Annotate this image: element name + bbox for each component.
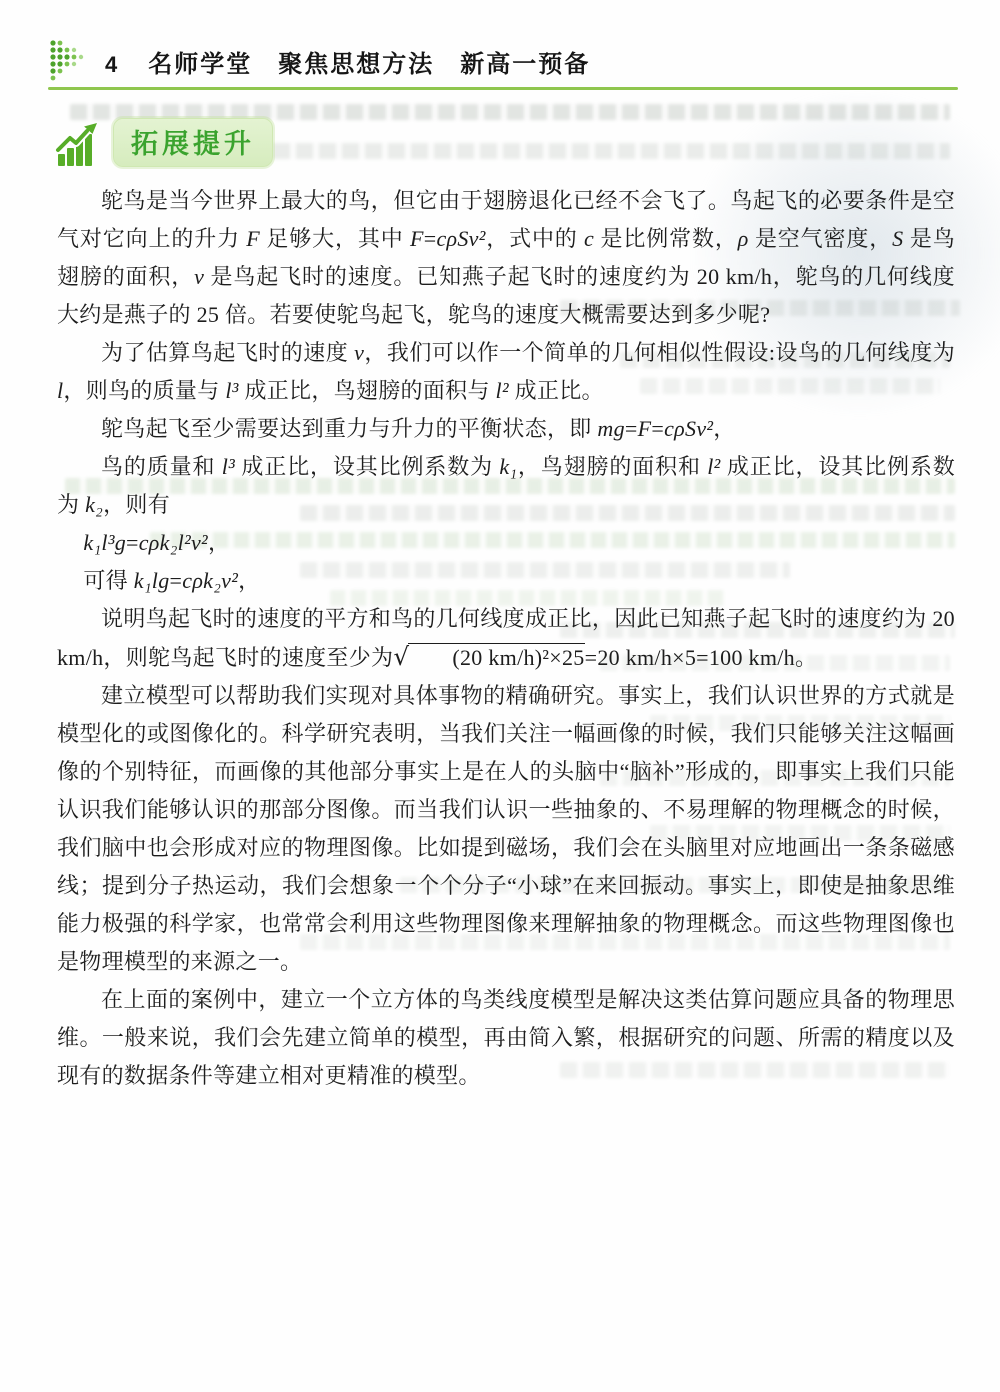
text-segment: ， [713, 416, 735, 441]
math-segment: ρ [738, 226, 749, 251]
text-segment: = [625, 416, 638, 441]
math-segment: l² [707, 454, 720, 479]
text-segment: ，则有 [103, 492, 170, 517]
text-segment: 成正比。 [509, 378, 604, 403]
growth-bar-chart-icon [55, 123, 103, 169]
math-segment: k₁l³g [83, 530, 126, 555]
header-topic: 聚焦思想方法 [278, 44, 434, 79]
math-segment: l² [496, 378, 509, 403]
math-segment: v [354, 340, 364, 365]
section-heading: 拓展提升 [55, 118, 273, 169]
text-segment: 可得 [83, 568, 133, 593]
math-segment: (20 km/h)²×25 [408, 643, 584, 670]
math-segment: F [638, 416, 652, 441]
math-segment: l³ [225, 378, 238, 403]
header-grade: 新高一预备 [460, 44, 590, 79]
section-badge: 拓展提升 [113, 118, 273, 167]
math-segment: k₁lg [134, 568, 170, 593]
text-segment: 建立模型可以帮助我们实现对具体事物的精确研究。事实上，我们认识世界的方式就是模型… [57, 683, 955, 974]
text-segment: ， [238, 568, 260, 593]
paragraph-similarity-assumption: 为了估算鸟起飞时的速度 v，我们可以作一个简单的几何相似性假设:设鸟的几何线度为… [57, 334, 955, 410]
text-segment: = [651, 416, 664, 441]
math-segment: cρSv² [436, 226, 485, 251]
textbook-page: 4 名师学堂 聚焦思想方法 新高一预备 拓展提升 鸵鸟是当今世界上最大的鸟，但它… [0, 0, 1000, 1392]
math-segment: √ [393, 642, 409, 671]
article-body: 鸵鸟是当今世界上最大的鸟，但它由于翅膀退化已经不会飞了。鸟起飞的必要条件是空气对… [57, 182, 955, 1095]
header-titles: 4 名师学堂 聚焦思想方法 新高一预备 [48, 36, 958, 79]
math-segment: c [584, 226, 594, 251]
math-segment: S [892, 226, 903, 251]
math-segment: k₁ [499, 454, 517, 479]
math-segment: F [246, 226, 260, 251]
math-segment: cρk₂v² [182, 568, 238, 593]
math-segment: l³ [222, 454, 235, 479]
header-green-rule [48, 87, 958, 90]
paragraph-balance-condition: 鸵鸟起飞至少需要达到重力与升力的平衡状态，即 mg=F=cρSv²， [57, 410, 955, 448]
header-course: 名师学堂 [148, 44, 252, 79]
math-segment: mg [597, 416, 625, 441]
paragraph-conclusion: 在上面的案例中，建立一个立方体的鸟类线度模型是解决这类估算问题应具备的物理思维。… [57, 981, 955, 1095]
page-header: 4 名师学堂 聚焦思想方法 新高一预备 [48, 36, 958, 79]
math-segment: k₂ [85, 492, 103, 517]
bleedthrough-smudge [250, 143, 950, 159]
text-segment: 在上面的案例中，建立一个立方体的鸟类线度模型是解决这类估算问题应具备的物理思维。… [57, 987, 955, 1088]
text-segment: 为了估算鸟起飞时的速度 [101, 340, 354, 365]
text-segment: 足够大，其中 [260, 226, 410, 251]
paragraph-ostrich-intro: 鸵鸟是当今世界上最大的鸟，但它由于翅膀退化已经不会飞了。鸟起飞的必要条件是空气对… [57, 182, 955, 334]
math-segment: F [410, 226, 424, 251]
paragraph-coefficients: 鸟的质量和 l³ 成正比，设其比例系数为 k₁，鸟翅膀的面积和 l² 成正比，设… [57, 448, 955, 524]
math-segment: cρSv² [664, 416, 713, 441]
text-segment: 成正比，设其比例系数为 [235, 454, 499, 479]
text-segment: ，我们可以作一个简单的几何相似性假设:设鸟的几何线度为 [364, 340, 961, 365]
formula-line-2: 可得 k₁lg=cρk₂v²， [57, 562, 955, 600]
text-segment: = [424, 226, 437, 251]
text-segment: = [170, 568, 183, 593]
text-segment: ， [208, 530, 230, 555]
text-segment: 成正比，鸟翅膀的面积与 [239, 378, 496, 403]
text-segment: =20 km/h×5=100 km/h。 [585, 645, 818, 670]
text-segment: 是空气密度， [749, 226, 893, 251]
paragraph-speed-result: 说明鸟起飞时的速度的平方和鸟的几何线度成正比，因此已知燕子起飞时的速度约为 20… [57, 600, 955, 677]
text-segment: 是比例常数， [594, 226, 738, 251]
text-segment: 鸵鸟起飞至少需要达到重力与升力的平衡状态，即 [101, 416, 597, 441]
math-segment: v [194, 264, 204, 289]
page-number: 4 [105, 52, 118, 78]
text-segment: ，则鸟的质量与 [63, 378, 225, 403]
text-segment: ，式中的 [486, 226, 584, 251]
text-segment: = [126, 530, 139, 555]
text-segment: 鸟的质量和 [101, 454, 222, 479]
formula-line-1: k₁l³g=cρk₂l²v²， [57, 524, 955, 562]
math-segment: cρk₂l²v² [139, 530, 208, 555]
paragraph-modeling-discussion: 建立模型可以帮助我们实现对具体事物的精确研究。事实上，我们认识世界的方式就是模型… [57, 677, 955, 981]
dots-flag-logo-icon [48, 38, 94, 90]
section-badge-label: 拓展提升 [131, 129, 255, 159]
text-segment: ，鸟翅膀的面积和 [517, 454, 707, 479]
